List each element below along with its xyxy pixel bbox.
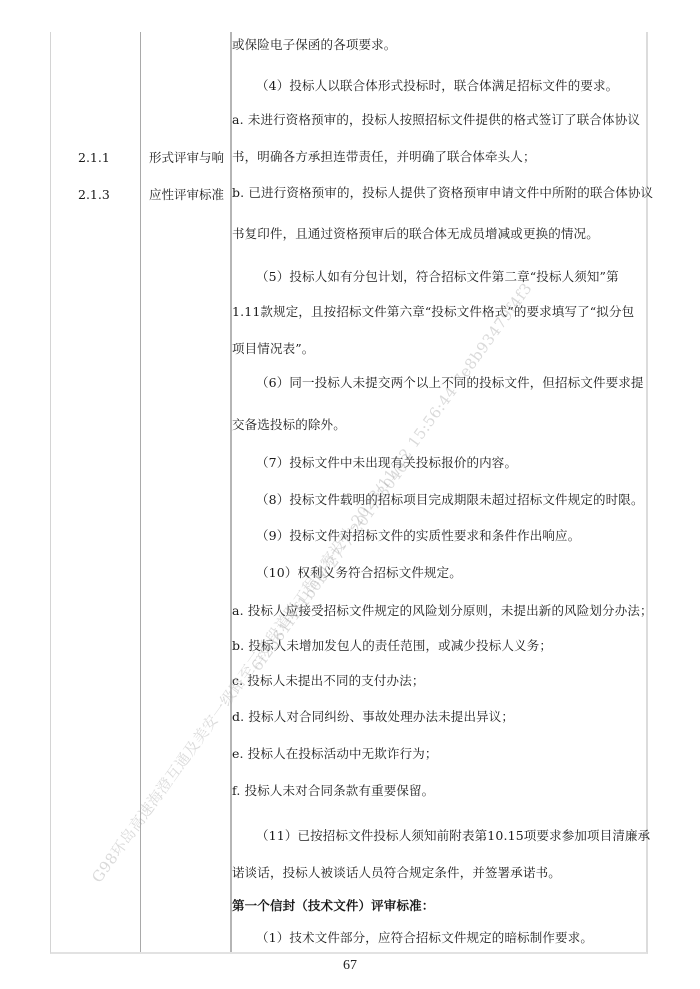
- criteria-line: 书复印件，且通过资格预审后的联合体无成员增减或更换的情况。: [232, 226, 599, 242]
- criteria-line: 诺谈话，投标人被谈话人员符合规定条件，并签署承诺书。: [232, 865, 561, 881]
- criteria-line: 书，明确各方承担连带责任，并明确了联合体牵头人；: [232, 149, 536, 165]
- clause-number: 2.1.3: [78, 187, 110, 203]
- item-name: 应性评审标准: [149, 187, 224, 203]
- clause-number: 2.1.1: [78, 150, 110, 166]
- criteria-line: （9）投标文件对招标文件的实质性要求和条件作出响应。: [256, 528, 580, 544]
- item-name: 形式评审与响: [149, 150, 224, 166]
- section-heading: 第一个信封（技术文件）评审标准：: [232, 898, 434, 914]
- criteria-line: （4）投标人以联合体形式投标时，联合体满足招标文件的要求。: [256, 78, 618, 94]
- criteria-line: d. 投标人对合同纠纷、事故处理办法未提出异议；: [232, 709, 514, 725]
- criteria-line: （10）权利义务符合招标文件规定。: [256, 565, 462, 581]
- criteria-line: b. 投标人未增加发包人的责任范围，或减少投标人义务；: [232, 638, 552, 654]
- criteria-line: 1.11款规定，且按招标文件第六章“投标文件格式”的要求填写了“拟分包: [232, 304, 634, 320]
- criteria-line: （6）同一投标人未提交两个以上不同的投标文件，但招标文件要求提: [256, 375, 644, 391]
- criteria-line: a. 未进行资格预审的，投标人按照招标文件提供的格式签订了联合体协议: [232, 112, 640, 128]
- page-number: 67: [0, 958, 700, 974]
- criteria-line: 或保险电子保函的各项要求。: [232, 37, 396, 53]
- criteria-line: （7）投标文件中未出现有关投标报价的内容。: [256, 455, 517, 471]
- column-divider-1: [140, 32, 141, 952]
- criteria-line: （11）已按招标文件投标人须知前附表第10.15项要求参加项目清廉承: [256, 828, 650, 844]
- criteria-line: （5）投标人如有分包计划，符合招标文件第二章“投标人须知”第: [256, 269, 619, 285]
- criteria-line: b. 已进行资格预审的，投标人提供了资格预审申请文件中所附的联合体协议: [232, 185, 653, 201]
- criteria-line: 交备选投标的除外。: [232, 417, 346, 433]
- criteria-line: a. 投标人应接受招标文件规定的风险划分原则，未提出新的风险划分办法；: [232, 603, 653, 619]
- criteria-line: e. 投标人在投标活动中无欺诈行为；: [232, 746, 438, 762]
- criteria-line: c. 投标人未提出不同的支付办法；: [232, 673, 425, 689]
- criteria-line: f. 投标人未对合同条款有重要保留。: [232, 783, 434, 799]
- column-divider-2: [230, 32, 232, 952]
- criteria-line: 项目情况表”。: [232, 341, 314, 357]
- criteria-line: （8）投标文件载明的招标项目完成期限未超过招标文件规定的时限。: [256, 492, 644, 508]
- criteria-line: （1）技术文件部分，应符合招标文件规定的暗标制作要求。: [256, 930, 593, 946]
